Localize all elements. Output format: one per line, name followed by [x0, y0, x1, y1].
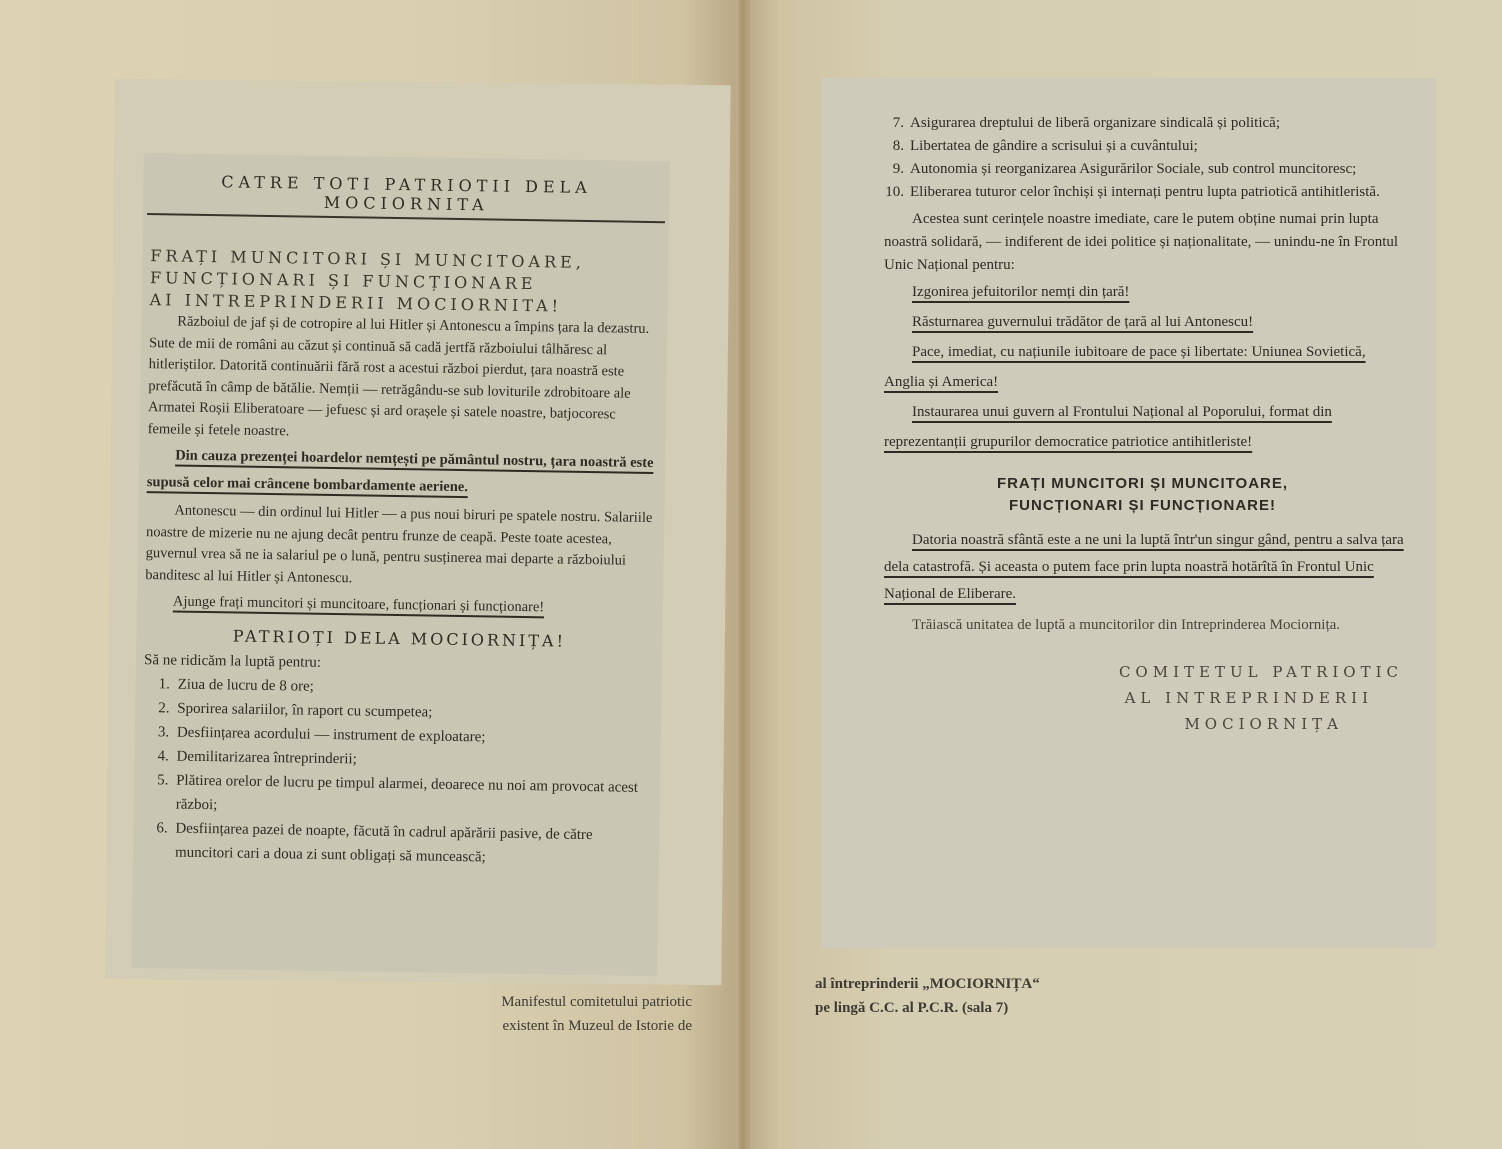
demand-item: Desființarea pazei de noapte, făcută în …: [171, 816, 652, 872]
workers-heading: FRAȚI MUNCITORI ȘI MUNCITOARE, FUNCȚIONA…: [870, 473, 1415, 517]
slogan-peace: Pace, imediat, cu națiunile iubitoare de…: [884, 337, 1407, 397]
manifesto-page-2: 7. Asigurarea dreptului de liberă organi…: [870, 100, 1415, 940]
paragraph-ajunge: Ajunge frați muncitori și muncitoare, fu…: [145, 588, 655, 623]
signature-block: COMITETUL PATRIOTIC AL INTREPRINDERII MO…: [870, 659, 1415, 737]
manifesto-page-1: CATRE TOTI PATRIOTII DELA MOCIORNITA FRA…: [131, 153, 670, 976]
demands-summary-paragraph: Acestea sunt cerințele noastre imediate,…: [870, 208, 1415, 277]
manifesto-title: CATRE TOTI PATRIOTII DELA MOCIORNITA: [147, 171, 666, 223]
final-paragraph: Trăiască unitatea de luptă a muncitorilo…: [870, 614, 1415, 637]
book-gutter: [736, 0, 750, 1149]
slogan-overthrow: Răsturnarea guvernului trădător de țară …: [884, 307, 1407, 337]
demands-list: Ziua de lucru de 8 ore; Sporirea salarii…: [141, 672, 654, 872]
slogans: Izgonirea jefuitorilor nemți din țară! R…: [870, 277, 1415, 457]
demand-item: Plătirea orelor de lucru pe timpul alarm…: [172, 768, 653, 824]
manifesto-heading: FRAȚI MUNCITORI ȘI MUNCITOARE, FUNCȚIONA…: [150, 245, 669, 319]
closing-paragraph: Datoria noastră sfântă este a ne uni la …: [870, 527, 1415, 608]
demand-item-8: 8. Libertatea de gândire a scrisului și …: [870, 135, 1415, 158]
paragraph-war: Războiul de jaf și de cotropire al lui H…: [147, 311, 659, 448]
patriots-subheading: PATRIOȚI DELA MOCIORNIȚA!: [144, 625, 654, 652]
demand-item-7: 7. Asigurarea dreptului de liberă organi…: [870, 112, 1415, 135]
slogan-expel: Izgonirea jefuitorilor nemți din țară!: [884, 277, 1407, 307]
caption-left: Manifestul comitetului patriotic existen…: [382, 990, 692, 1038]
paragraph-antonescu: Antonescu — din ordinul lui Hitler — a p…: [145, 500, 656, 594]
paragraph-bombing: Din cauza prezenței hoardelor nemțești p…: [147, 442, 658, 504]
caption-right: al întreprinderii „MOCIORNIȚA“ pe lingă …: [815, 972, 1135, 1020]
demands-continued-list: 7. Asigurarea dreptului de liberă organi…: [870, 112, 1415, 204]
slogan-government: Instaurarea unui guvern al Frontului Naț…: [884, 397, 1407, 457]
demand-item-10: 10. Eliberarea tuturor celor închiși și …: [870, 181, 1415, 204]
demand-item-9: 9. Autonomia și reorganizarea Asigurăril…: [870, 158, 1415, 181]
